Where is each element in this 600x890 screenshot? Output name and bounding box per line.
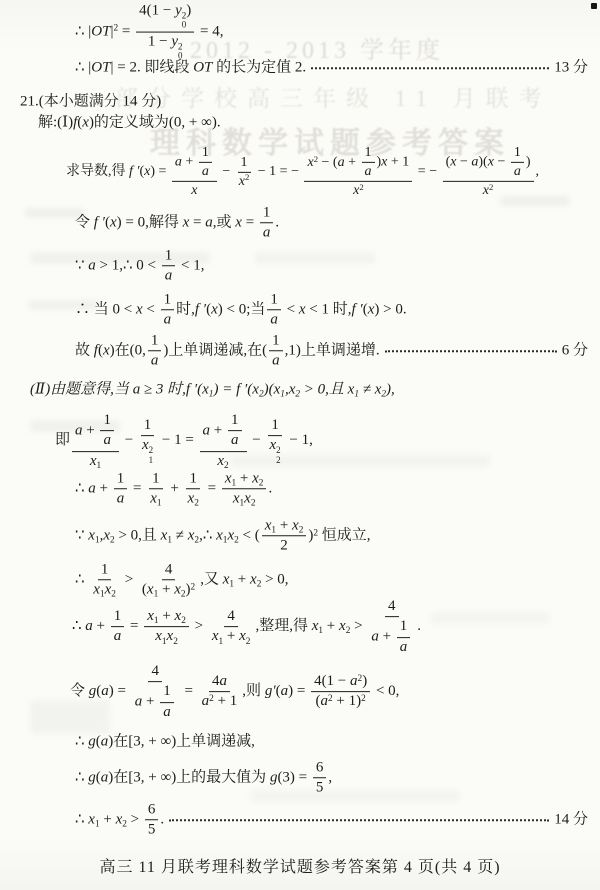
variable: x [82, 114, 89, 130]
fraction-numerator: 4(1 − y20) [136, 3, 194, 33]
fraction-numerator: (x − a)(x − 1a) [443, 145, 534, 182]
variable: a [133, 381, 141, 397]
fraction: 4aa2 + 1 [199, 673, 241, 711]
variable: g [270, 769, 278, 785]
variable: a [165, 268, 173, 284]
text-run: x [191, 183, 197, 198]
variable: y [175, 3, 182, 19]
variable: x [239, 174, 245, 189]
text-run: a [164, 312, 172, 328]
fraction: 4a + 1a [132, 663, 179, 721]
text-run: 1 [271, 417, 279, 433]
fraction: 1a [397, 618, 411, 656]
text-run: 1 [163, 683, 171, 699]
variable: a [202, 164, 209, 179]
variable: x [250, 571, 257, 587]
fraction-denominator: a [161, 311, 175, 329]
text-run: ∵ x1,x2 > 0,且 x1 ≠ x2,∴ x1x2 < ( [75, 526, 260, 546]
variable: x [217, 453, 224, 469]
text-run: 2 [280, 538, 288, 554]
bleed-smudge [255, 252, 375, 264]
variable: a [471, 155, 478, 170]
text-run: 1 [514, 145, 521, 160]
watermark-text: 部分学校高三年级 11 月联考 [115, 80, 552, 113]
fraction-denominator: x2 [480, 182, 497, 199]
text-run: )上单调递减,在( [163, 341, 267, 361]
variable: x [142, 437, 149, 453]
text-run: 5 [316, 780, 324, 796]
text-run: 解:(Ⅰ)f(x)的定义域为(0, + ∞). [38, 113, 221, 133]
fraction: 1x1x2 [90, 561, 119, 599]
text-run: a [163, 704, 171, 720]
fraction: a + 1ax [172, 145, 217, 199]
variable: x [167, 629, 174, 645]
fraction-numerator: 6 [145, 801, 159, 820]
variable: a [205, 214, 213, 230]
variable: a [338, 155, 345, 170]
math-line: ∴ g(a)在[3, + ∞)上单调递减, [75, 732, 255, 752]
variable: x [216, 527, 223, 543]
text-run: 令 g(a) = [70, 682, 130, 702]
fraction: 1a [111, 608, 125, 646]
variable: a [202, 694, 210, 710]
dots-leader [385, 350, 557, 352]
variable: x [175, 608, 182, 624]
fraction: 1a [260, 204, 274, 242]
stack-subscript: 0 [182, 21, 187, 30]
text-run: ,又 x1 + x2 > 0, [200, 570, 288, 590]
fraction-denominator: a [114, 490, 128, 508]
text-run: a [231, 432, 239, 448]
fraction-denominator: a [267, 311, 281, 329]
text-run: 4(1 − a2) [314, 673, 367, 689]
text-run: 1 [101, 561, 109, 577]
variable: x [450, 155, 456, 170]
math-line: ∴ 当 0 < x < 1a时,f ′(x) < 0;当1a < x < 1 时… [75, 291, 407, 329]
variable: x [144, 164, 150, 179]
variable: x [375, 381, 382, 397]
fraction-numerator: 1 [161, 291, 175, 310]
text-run: a [114, 629, 122, 645]
text-run: . [268, 479, 272, 499]
variable: x [212, 629, 219, 645]
text-run: ∴ |OT|2 = [75, 22, 134, 42]
variable: x [150, 491, 157, 507]
variable: x [155, 629, 162, 645]
text-run: = [126, 617, 142, 637]
variable: f [73, 114, 77, 130]
text-run: 1 [164, 291, 172, 307]
variable: g [89, 683, 97, 699]
fraction-numerator: 1 [228, 412, 242, 431]
variable: a [371, 629, 379, 645]
text-run: a + [135, 694, 158, 710]
variable: f ′ [195, 301, 206, 317]
variable: g [88, 733, 96, 749]
fraction-denominator: a [199, 163, 212, 180]
fraction-denominator: x1x2 [230, 490, 259, 508]
variable: a [135, 694, 143, 710]
fraction: 4(1 − y20)1 − y20 [136, 3, 194, 62]
math-line: ∴ a + 1a = x1 + x2x1x2 > 4x1 + x2,整理,得 x… [72, 598, 421, 656]
text-run: 令 f ′(x) = 0,解得 x = a,或 x = [75, 213, 258, 233]
dots-leader [311, 67, 549, 69]
variable: x [110, 214, 117, 230]
variable: f ′ [94, 214, 105, 230]
fraction-denominator: a [362, 163, 375, 180]
text-run: 1 [365, 145, 372, 160]
text-run: 1 [272, 332, 280, 348]
variable: a [88, 257, 96, 273]
fraction-numerator: 1 [149, 470, 163, 489]
text-run: x1 [90, 453, 101, 469]
variable: a [350, 673, 358, 689]
text-run: ∵ a > 1,∴ 0 < [75, 256, 160, 276]
variable: f ′ [236, 381, 247, 397]
fraction: 1x1 [147, 470, 164, 508]
fraction-numerator: 1 [199, 145, 212, 163]
text-run: a [514, 164, 521, 179]
fraction: x1 + x2x1x2 [144, 608, 189, 646]
variable: a [117, 491, 125, 507]
fraction: 1a [199, 145, 212, 180]
math-line: ∴ a + 1a = 1x1 + 1x2 = x1 + x2x1x2. [75, 470, 272, 508]
variable: a [75, 422, 83, 438]
text-run: x1 + x2 [265, 517, 304, 533]
text-run: 4 [165, 561, 173, 577]
variable: x [488, 155, 494, 170]
text-run: 1 [189, 470, 197, 486]
variable: y [171, 34, 178, 50]
text-run: 21.(本小题满分 14 分) [20, 92, 161, 112]
text-run: x1 + x2 [212, 629, 251, 645]
text-run: − [219, 163, 234, 181]
variable: x [235, 214, 242, 230]
math-line: 解:(Ⅰ)f(x)的定义域为(0, + ∞). [38, 113, 221, 133]
variable: f [94, 342, 98, 358]
text-run: = [181, 682, 197, 702]
text-run: a [263, 225, 271, 241]
fraction-numerator: 1 [141, 417, 155, 436]
fraction-denominator: x1 [147, 490, 164, 508]
fraction: 65 [145, 801, 159, 839]
variable: x [339, 618, 346, 634]
text-run: 1 [263, 204, 271, 220]
fraction-denominator: a2 + 1 [199, 693, 241, 711]
fraction-numerator: x1 + x2 [222, 470, 267, 489]
text-run: 4 [388, 598, 396, 614]
text-run: x2 − (a + [307, 155, 359, 170]
text-run: x2 [353, 183, 364, 198]
fraction: 1a [161, 291, 175, 329]
text-run: ) [526, 155, 531, 170]
fraction-denominator: x1x2 [152, 628, 181, 646]
fraction-numerator: 4 [148, 663, 162, 682]
variable: a [103, 432, 111, 448]
variable: x [239, 629, 246, 645]
variable: a [114, 629, 122, 645]
text-run: x2 [483, 183, 494, 198]
fraction-denominator: a [111, 628, 125, 646]
fraction-numerator: x1 + x2 [262, 517, 307, 536]
text-run: ∴ a + [72, 617, 109, 637]
fraction-denominator: x2 [350, 182, 367, 199]
text-run: . [160, 810, 164, 830]
text-run: ∴ 当 0 < x < [75, 300, 159, 320]
variable: x [93, 582, 100, 598]
variable: x [103, 527, 110, 543]
text-run: > [191, 617, 207, 637]
fraction-denominator: 5 [145, 821, 159, 839]
fraction-numerator: 1 [260, 204, 274, 223]
text-run: x2 [239, 174, 250, 189]
fraction-numerator: a + 1a [200, 412, 247, 452]
score-label: 6 分 [562, 341, 588, 361]
variable: f ′ [129, 164, 139, 179]
fraction-denominator: x2 [214, 452, 231, 470]
text-run: 时,f ′(x) < 0;当 [176, 300, 265, 320]
variable: f ′ [186, 381, 197, 397]
text-run: a [400, 639, 408, 655]
variable: x [223, 571, 230, 587]
fraction-denominator: 5 [313, 779, 327, 797]
text-run: ∴ g(a)在[3, + ∞)上的最大值为 g(3) = [75, 768, 311, 788]
math-line: ∴ |OT| = 2. 即线段 OT 的长为定值 2.13 分 [75, 58, 588, 78]
text-run: x1x2 [155, 629, 178, 645]
fraction-denominator: x2 [185, 490, 202, 508]
text-run: 4 [151, 663, 159, 679]
fraction: 65 [313, 759, 327, 797]
variable: x [289, 381, 296, 397]
text-run: a [270, 312, 278, 328]
math-line: ∴ x1 + x2 > 65.14 分 [75, 801, 588, 839]
text-run: x1 + x2 [225, 470, 264, 486]
variable: a [151, 353, 159, 369]
text-run: 1 [151, 332, 159, 348]
fraction: 4(1 − a2)(a2 + 1)2 [311, 673, 370, 711]
text-run: 6 [148, 801, 156, 817]
variable: a [365, 164, 372, 179]
fraction: x1 + x2x1x2 [222, 470, 267, 508]
text-run: = 4, [196, 22, 223, 42]
text-run: a [365, 164, 372, 179]
text-run: 1 [165, 247, 173, 263]
text-run: . [275, 213, 279, 233]
variable: f ′ [351, 301, 362, 317]
fraction-denominator: x1 [87, 452, 104, 470]
variable: x [252, 470, 259, 486]
text-run: + [167, 479, 183, 499]
math-line: ∴ |OT|2 = 4(1 − y20)1 − y20 = 4, [75, 3, 223, 62]
fraction-numerator: 1 [362, 145, 375, 163]
variable: x [103, 342, 110, 358]
text-run: < 0, [372, 682, 399, 702]
fraction-numerator: 1 [397, 618, 411, 637]
fraction: 1a [511, 145, 524, 180]
text-run: ∴ g(a)在[3, + ∞)上单调递减, [75, 732, 255, 752]
text-run: x1 + x2 [147, 608, 186, 624]
fraction-denominator: (a2 + 1)2 [312, 693, 368, 711]
math-line: 令 g(a) = 4a + 1a = 4aa2 + 1,则 g′(a) = 4(… [70, 663, 399, 721]
text-run: 6 [316, 759, 324, 775]
variable: x [381, 155, 387, 170]
text-run: 1 [144, 417, 152, 433]
variable: OT [193, 59, 212, 75]
math-line: 求导数,得 f ′(x) = a + 1ax − 1x2 − 1 = − x2 … [66, 145, 539, 199]
fraction-denominator: a [162, 267, 176, 285]
text-run: , [536, 163, 540, 181]
fraction-denominator: a [100, 431, 114, 449]
fraction: 1a [148, 332, 162, 370]
text-run: x2 [217, 453, 228, 469]
variable: x [274, 381, 281, 397]
variable: x [183, 214, 190, 230]
sub-sup-stack: 21 [149, 446, 154, 465]
fraction-denominator: a [397, 638, 411, 656]
scan-speck [591, 3, 597, 9]
variable: x [299, 301, 306, 317]
page-footer: 高三 11 月联考理科数学试题参考答案第 4 页(共 4 页) [0, 854, 600, 877]
fraction-denominator: a [228, 431, 242, 449]
variable: x [269, 437, 276, 453]
math-line: ∵ x1,x2 > 0,且 x1 ≠ x2,∴ x1x2 < (x1 + x22… [75, 517, 371, 555]
fraction: 1a [228, 412, 242, 450]
text-run: a + [75, 422, 98, 438]
variable: a [272, 353, 280, 369]
fraction: 1a [269, 332, 283, 370]
text-run: )2 恒成立, [308, 526, 370, 546]
fraction-numerator: 1 [238, 154, 251, 172]
fraction-numerator: a + 1a [172, 145, 217, 182]
fraction: 1x21 [139, 417, 156, 465]
fraction-denominator: x [188, 182, 200, 199]
text-run: a [117, 491, 125, 507]
text-run: 求导数,得 f ′(x) = [66, 163, 170, 181]
fraction-numerator: 1 [114, 470, 128, 489]
text-run: − 1 = [158, 431, 197, 451]
bleed-smudge [430, 612, 550, 624]
text-run: ∴ a + [75, 479, 112, 499]
text-run: a + [371, 629, 394, 645]
fraction: x2 − (a + 1a)x + 1x2 [304, 145, 412, 199]
variable: a [85, 618, 93, 634]
text-run: − [249, 431, 265, 451]
fraction-numerator: 1 [267, 291, 281, 310]
fraction: 1a [162, 247, 176, 285]
variable: x [368, 301, 375, 317]
fraction: (x − a)(x − 1a)x2 [443, 145, 534, 199]
fraction-numerator: 1 [268, 417, 282, 436]
fraction: 1x22 [266, 417, 283, 465]
dots-leader [169, 819, 549, 821]
text-run: (Ⅱ)由题意得,当 a ≥ 3 时,f ′(x1) = f ′(x2)(x1,x… [30, 380, 395, 400]
variable: OT [91, 59, 110, 75]
fraction-denominator: a + 1a [368, 617, 415, 656]
fraction: 4(x1 + x2)2 [139, 561, 198, 599]
text-run: − 1, [286, 431, 313, 451]
fraction: 1x2 [185, 470, 202, 508]
fraction-numerator: 1 [100, 412, 114, 431]
variable: a [281, 683, 289, 699]
variable: x [191, 183, 197, 198]
text-run: 即 [55, 431, 70, 451]
variable: x [161, 527, 168, 543]
math-line: 21.(本小题满分 14 分) [20, 92, 161, 112]
fraction-numerator: 1 [186, 470, 200, 489]
fraction-numerator: 1 [98, 561, 112, 580]
text-run: ∴ |OT| = 2. 即线段 OT 的长为定值 2. [75, 58, 306, 78]
variable: a [101, 769, 109, 785]
variable: g [88, 769, 96, 785]
text-run: x2 [188, 491, 199, 507]
text-run: a [165, 268, 173, 284]
text-run: ,整理,得 x1 + x2 > [255, 617, 366, 637]
variable: a [88, 480, 96, 496]
math-line: ∵ a > 1,∴ 0 < 1a < 1, [75, 247, 204, 285]
text-run: − 1 = − [254, 163, 302, 181]
text-run: − [121, 431, 137, 451]
fraction-numerator: 4(1 − a2) [311, 673, 370, 692]
text-run: ,1)上单调递增. [285, 341, 380, 361]
variable: x [312, 618, 319, 634]
text-run: a [103, 432, 111, 448]
text-run: x22 [269, 437, 280, 453]
text-run: 1 [241, 154, 248, 169]
text-run: a [202, 164, 209, 179]
fraction-denominator: (x1 + x2)2 [139, 581, 198, 599]
fraction-denominator: a [260, 224, 274, 242]
text-run: a [151, 353, 159, 369]
fraction-numerator: 6 [313, 759, 327, 778]
fraction-denominator: a [511, 163, 524, 180]
text-run: = [204, 479, 220, 499]
text-run: 5 [148, 822, 156, 838]
fraction-numerator: 1 [160, 683, 174, 702]
variable: x [147, 582, 154, 598]
text-run: = [129, 479, 145, 499]
text-run: 4(1 − y20) [139, 3, 191, 19]
text-run: 4a [212, 673, 227, 689]
text-run: a2 + 1 [202, 694, 238, 710]
variable: x [88, 527, 95, 543]
variable: a [163, 704, 171, 720]
fraction: 1a [267, 291, 281, 329]
text-run: 1 [270, 291, 278, 307]
fraction-numerator: 4 [224, 608, 238, 627]
text-run: < 1, [177, 256, 204, 276]
text-run: 故 f(x)在(0, [75, 341, 146, 361]
text-run: . [417, 617, 421, 637]
variable: a [263, 225, 271, 241]
fraction-numerator: x2 − (a + 1a)x + 1 [304, 145, 412, 182]
fraction-numerator: 1 [148, 332, 162, 351]
variable: x [174, 582, 181, 598]
variable: x [105, 582, 112, 598]
text-run: 1 [400, 618, 408, 634]
variable: a [101, 733, 109, 749]
variable: x [348, 381, 355, 397]
variable: a [231, 432, 239, 448]
fraction-denominator: a [269, 352, 283, 370]
fraction-numerator: 4 [385, 598, 399, 617]
variable: OT [91, 23, 110, 39]
fraction-denominator: a [148, 352, 162, 370]
variable: x [233, 491, 240, 507]
variable: x [90, 453, 97, 469]
fraction-numerator: 1 [111, 608, 125, 627]
fraction-numerator: 1 [162, 247, 176, 266]
fraction: 4a + 1a [368, 598, 415, 656]
